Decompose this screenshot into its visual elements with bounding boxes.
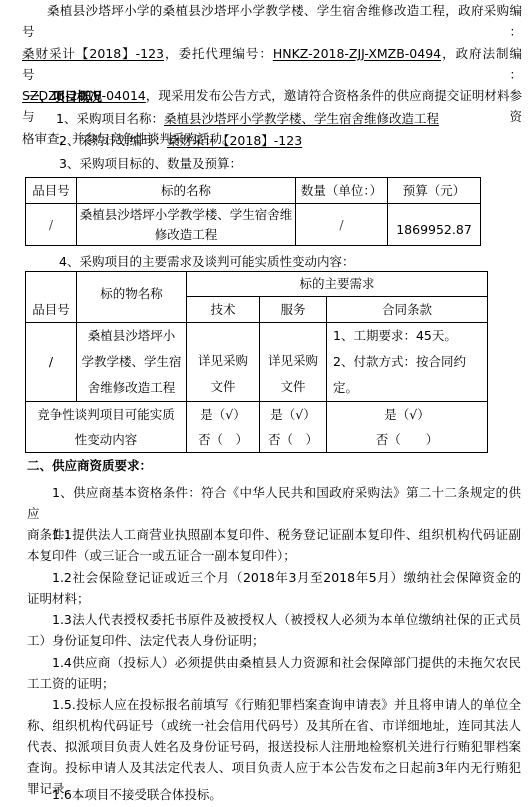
th-contract: 合同条款 — [327, 297, 488, 323]
th-tech: 技术 — [187, 297, 260, 323]
procurement-number: 桑财采计【2018】-123 — [22, 46, 164, 61]
qualification-1-2: 1.2社会保险登记证或近三个月（2018年3月至2018年5月）缴纳社会保障资金… — [27, 567, 521, 609]
cell-item-no: / — [26, 204, 77, 246]
th-requirements-group: 标的主要需求 — [187, 272, 488, 297]
cell-tech-change: 是（√） 否（ ） — [187, 402, 260, 453]
project-name: 桑植县沙塔坪小学教学楼、学生宿舍维修改造工程 — [164, 111, 439, 126]
plan-number: 桑财采计【2018】-123 — [167, 133, 302, 148]
change-row: 竞争性谈判项目可能实质 性变动内容 是（√） 否（ ） 是（√） 否（ ） 是（… — [26, 402, 488, 453]
th-quantity: 数量（单位：） — [296, 178, 388, 204]
cell-name: 桑植县沙塔坪小学教学楼、学生宿舍维 修改造工程 — [77, 204, 296, 246]
th-item-no: 品目号 — [26, 178, 77, 204]
intro-line-1: 桑植县沙塔坪小学的桑植县沙塔坪小学教学楼、学生宿舍维修改造工程，政府采购编号： — [22, 0, 522, 43]
qualification-1-3: 1.3法人代表授权委托书原件及被授权人（被授权人必须为本单位缴纳社保的正式员 工… — [27, 609, 521, 651]
item3-label: 3、采购项目标的、数量及预算： — [59, 154, 242, 172]
section2-heading: 二、供应商资质要求： — [27, 456, 152, 474]
qualification-1-6: 1.6本项目不接受联合体投标。 — [27, 784, 521, 805]
contract-no: 否（ ） — [327, 427, 487, 452]
service-yes: 是（√） — [260, 402, 326, 427]
th-service: 服务 — [260, 297, 327, 323]
budget-table-header: 品目号 标的名称 数量（单位：） 预算（元） — [26, 178, 481, 204]
item2-label: 2、采购计划编号： — [59, 133, 167, 148]
table-row: / 桑植县沙塔坪小学教学楼、学生宿舍维 修改造工程 / 1869952.87 — [26, 204, 481, 246]
cell-budget: 1869952.87 — [388, 204, 481, 246]
agency-number: HNKZ-2018-ZJJ-XMZB-0494 — [273, 46, 441, 61]
th-name: 标的名称 — [77, 178, 296, 204]
tech-yes: 是（√） — [187, 402, 259, 427]
cell-tech: 详见采购 文件 — [187, 323, 260, 402]
cell-contract: 1、工期要求：45天。 2、付款方式：按合同约定。 — [327, 323, 488, 402]
cell-contract-change: 是（√） 否（ ） — [327, 402, 488, 453]
tech-no: 否（ ） — [187, 427, 259, 452]
qualification-1-1: 1.1提供法人工商营业执照副本复印件、税务登记证副本复印件、组织机构代码证副 本… — [27, 524, 521, 566]
item4-label: 4、采购项目的主要需求及谈判可能实质性变动内容： — [59, 252, 354, 270]
service-no: 否（ ） — [260, 427, 326, 452]
cell-name: 桑植县沙塔坪小 学教学楼、学生宿 舍维修改造工程 — [77, 323, 187, 402]
contract-yes: 是（√） — [327, 402, 487, 427]
cell-change-label: 竞争性谈判项目可能实质 性变动内容 — [26, 402, 187, 453]
table-row: / 桑植县沙塔坪小 学教学楼、学生宿 舍维修改造工程 详见采购 文件 详见采购 … — [26, 323, 488, 402]
item1-label: 1、采购项目名称： — [56, 111, 164, 126]
intro-line-2: 桑财采计【2018】-123，委托代理编号：HNKZ-2018-ZJJ-XMZB… — [22, 43, 522, 86]
item1: 1、采购项目名称：桑植县沙塔坪小学教学楼、学生宿舍维修改造工程 — [56, 109, 439, 127]
th-item-no: 品目号 — [26, 272, 77, 323]
th-budget: 预算（元） — [388, 178, 481, 204]
cell-service-change: 是（√） 否（ ） — [260, 402, 327, 453]
item2: 2、采购计划编号：桑财采计【2018】-123 — [59, 131, 302, 149]
cell-service: 详见采购 文件 — [260, 323, 327, 402]
budget-table: 品目号 标的名称 数量（单位：） 预算（元） / 桑植县沙塔坪小学教学楼、学生宿… — [25, 177, 481, 246]
cell-item-no: / — [26, 323, 77, 402]
cell-quantity: / — [296, 204, 388, 246]
qualification-1-4: 1.4供应商（投标人）必须提供由桑植县人力资源和社会保障部门提供的未拖欠农民 工… — [27, 652, 521, 694]
th-name: 标的物名称 — [77, 272, 187, 323]
section1-heading: 一、项目概况 — [27, 87, 102, 105]
requirements-table: 品目号 标的物名称 标的主要需求 技术 服务 合同条款 / 桑植县沙塔坪小 学教… — [25, 271, 488, 453]
